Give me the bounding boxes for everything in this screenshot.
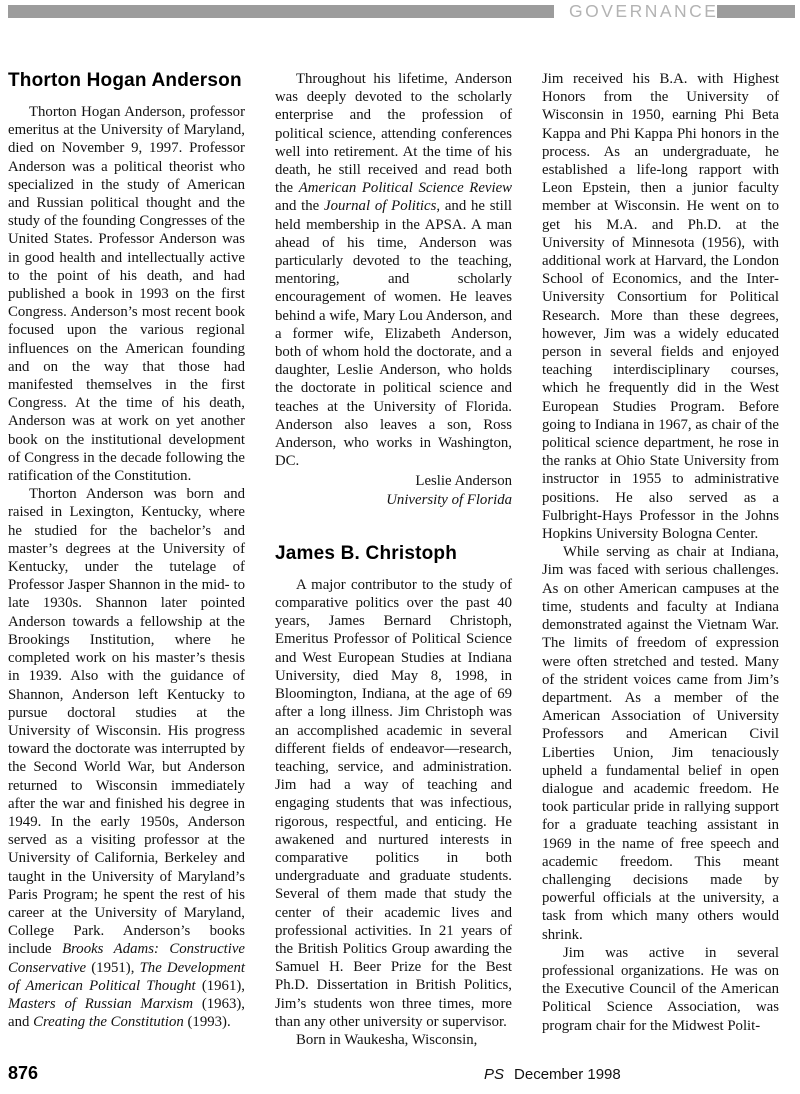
- paragraph: Throughout his lifetime, Anderson was de…: [275, 70, 512, 470]
- signature-block: Leslie AndersonUniversity of Florida: [275, 472, 512, 508]
- paragraph: Jim received his B.A. with Highest Honor…: [542, 70, 779, 543]
- obituary-heading: Thorton Hogan Anderson: [8, 70, 245, 92]
- issue-date: December 1998: [514, 1066, 621, 1083]
- journal-abbrev: PS: [484, 1066, 504, 1083]
- italic-title-text: American Political Science Review: [299, 180, 512, 196]
- body-text: (1951),: [86, 960, 139, 976]
- paragraph: While serving as chair at Indiana, Jim w…: [542, 543, 779, 943]
- page-number: 876: [8, 1063, 38, 1084]
- paragraph: Jim was active in several professional o…: [542, 944, 779, 1035]
- body-text: Born in Waukesha, Wisconsin,: [296, 1032, 477, 1048]
- body-text: While serving as chair at Indiana, Jim w…: [542, 544, 779, 942]
- text-column: Thorton Hogan AndersonThorton Hogan Ande…: [8, 70, 245, 1049]
- body-text: Jim was active in several professional o…: [542, 945, 779, 1034]
- body-text: Throughout his lifetime, Anderson was de…: [275, 71, 512, 196]
- paragraph: Thorton Hogan Anderson, professor emerit…: [8, 103, 245, 485]
- paragraph: Thorton Anderson was born and raised in …: [8, 485, 245, 1031]
- journal-footer: PSDecember 1998: [484, 1066, 621, 1083]
- journal-page: GOVERNANCE Thorton Hogan AndersonThorton…: [0, 0, 800, 1094]
- header-rule-right: [717, 5, 795, 18]
- body-text: A major contributor to the study of comp…: [275, 577, 512, 1030]
- body-text: (1993).: [184, 1014, 231, 1030]
- article-columns: Thorton Hogan AndersonThorton Hogan Ande…: [8, 70, 779, 1049]
- body-text: , and he still held membership in the AP…: [275, 198, 512, 469]
- text-column: Jim received his B.A. with Highest Honor…: [542, 70, 779, 1049]
- text-column: Throughout his lifetime, Anderson was de…: [275, 70, 512, 1049]
- body-text: Thorton Anderson was born and raised in …: [8, 486, 245, 957]
- body-text: Jim received his B.A. with Highest Honor…: [542, 71, 779, 542]
- signature-name: Leslie Anderson: [275, 472, 512, 490]
- italic-title-text: Journal of Politics: [324, 198, 436, 214]
- running-head-governance: GOVERNANCE: [569, 1, 709, 21]
- signature-affiliation: University of Florida: [275, 491, 512, 509]
- body-text: Thorton Hogan Anderson, professor emerit…: [8, 104, 245, 484]
- paragraph: Born in Waukesha, Wisconsin,: [275, 1031, 512, 1049]
- italic-title-text: Masters of Russian Marxism: [8, 996, 193, 1012]
- body-text: (1961),: [196, 978, 245, 994]
- italic-title-text: Creating the Constitution: [33, 1014, 184, 1030]
- header-rule-left: [8, 5, 554, 18]
- paragraph: A major contributor to the study of comp…: [275, 576, 512, 1031]
- obituary-heading: James B. Christoph: [275, 543, 512, 565]
- body-text: and the: [275, 198, 324, 214]
